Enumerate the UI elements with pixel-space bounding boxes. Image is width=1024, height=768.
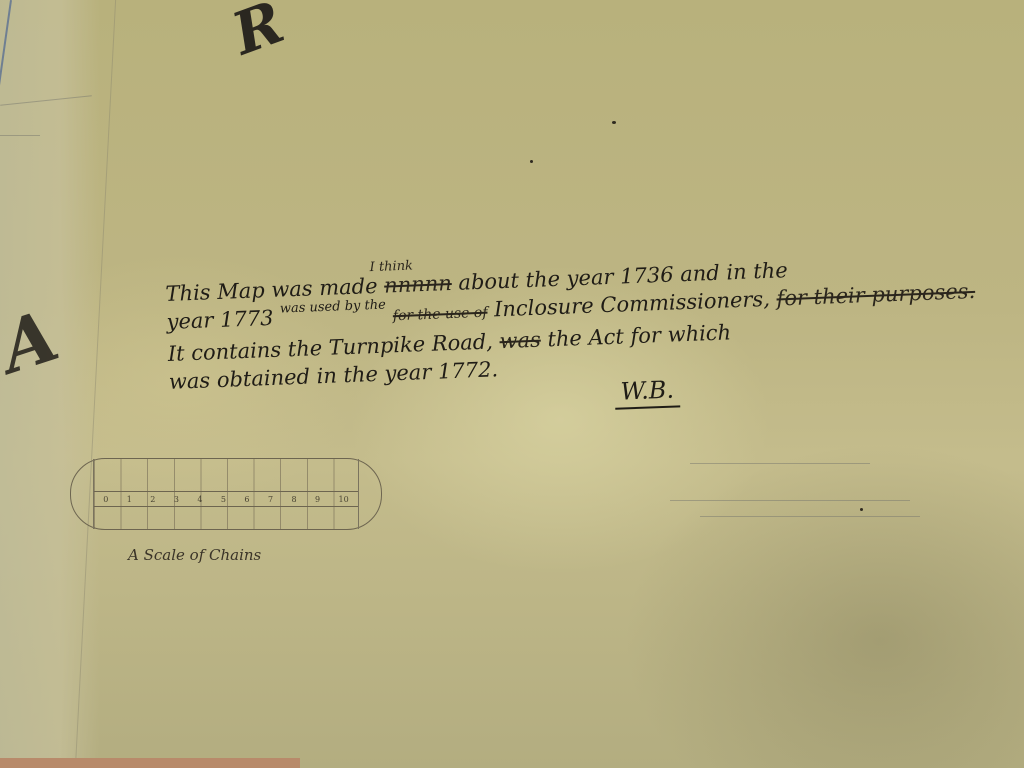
scale-tick-label: 1 [127, 495, 132, 504]
scale-tick-label: 2 [150, 495, 155, 504]
scale-tick-label: 8 [291, 495, 296, 504]
faint-rule-line [670, 500, 910, 501]
line2-struck-end: for their purposes. [776, 279, 975, 311]
scale-bar-body: 0 1 2 3 4 5 6 7 8 9 10 [93, 459, 359, 529]
faint-rule-line [690, 463, 870, 464]
scale-tick-label: 7 [268, 495, 273, 504]
ink-speck [612, 121, 616, 124]
scale-tick-label: 4 [197, 495, 202, 504]
scale-tick-label: 6 [244, 495, 249, 504]
initials-signature: W.B. [614, 375, 681, 409]
insertion-i-think: I think [369, 252, 413, 282]
scale-tick-label: 5 [221, 495, 226, 504]
scale-tick-label: 0 [103, 495, 108, 504]
scale-label: A Scale of Chains [128, 546, 261, 564]
scale-number-band: 0 1 2 3 4 5 6 7 8 9 10 [94, 491, 358, 507]
ink-speck [860, 508, 863, 511]
paper-background [0, 0, 1024, 768]
scale-tick-label: 3 [174, 495, 179, 504]
line3-struck-word: was [499, 328, 541, 354]
pencil-line [0, 135, 40, 136]
insertion-was-used-by-the: was used by the [280, 298, 386, 317]
ink-speck [530, 160, 533, 163]
line2-struck-phrase: for the use of [393, 305, 488, 325]
faint-rule-line [700, 516, 920, 517]
scale-tick-label: 9 [315, 495, 320, 504]
scale-tick-label: 10 [339, 495, 349, 504]
scale-bar: 0 1 2 3 4 5 6 7 8 9 10 [70, 458, 382, 530]
line2-text-start: year 1773 [166, 306, 274, 334]
table-edge [0, 758, 300, 768]
